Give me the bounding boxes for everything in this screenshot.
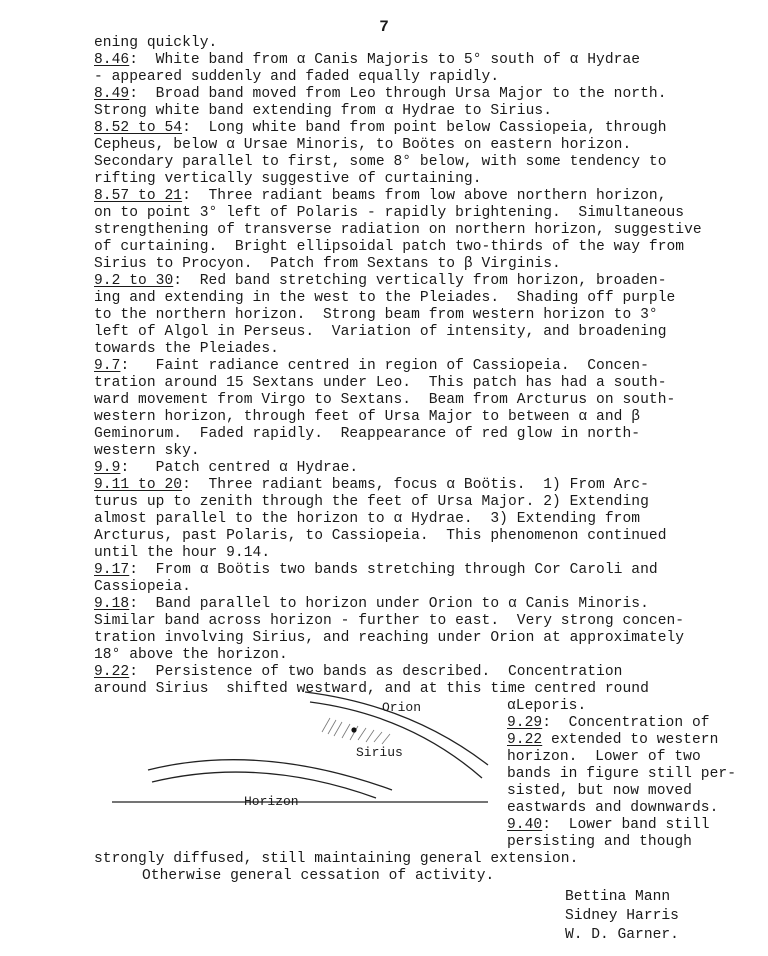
line-text: : Persistence of two bands as described.… xyxy=(129,664,622,680)
line-text: ward movement from Virgo to Sextans. Bea… xyxy=(94,392,675,408)
text-line: 8.46: White band from α Canis Majoris to… xyxy=(94,52,640,69)
right-column-line: horizon. Lower of two xyxy=(507,749,701,766)
line-text: tration around 15 Sextans under Leo. Thi… xyxy=(94,375,667,391)
line-text: αLeporis. xyxy=(507,698,586,714)
timestamp: 9.18 xyxy=(94,596,129,612)
line-text: Geminorum. Faded rapidly. Reappearance o… xyxy=(94,426,640,442)
text-line: western horizon, through feet of Ursa Ma… xyxy=(94,409,640,426)
text-line: Cassiopeia. xyxy=(94,579,191,596)
line-text: eastwards and downwards. xyxy=(507,800,718,816)
text-line: Arcturus, past Polaris, to Cassiopeia. T… xyxy=(94,528,667,545)
timestamp: 9.2 to 30 xyxy=(94,273,173,289)
line-text: turus up to zenith through the feet of U… xyxy=(94,494,649,510)
line-text: : Concentration of xyxy=(542,715,709,731)
text-line: strengthening of transverse radiation on… xyxy=(94,222,702,239)
line-text: : White band from α Canis Majoris to 5° … xyxy=(129,52,640,68)
text-line: Secondary parallel to first, some 8° bel… xyxy=(94,154,667,171)
timestamp: 8.49 xyxy=(94,86,129,102)
text-line: tration involving Sirius, and reaching u… xyxy=(94,630,684,647)
text-line: 9.18: Band parallel to horizon under Ori… xyxy=(94,596,649,613)
line-text: rifting vertically suggestive of curtain… xyxy=(94,171,482,187)
text-line: Sirius to Procyon. Patch from Sextans to… xyxy=(94,256,561,273)
line-text: Otherwise general cessation of activity. xyxy=(142,868,494,884)
orion-label: Orion xyxy=(382,700,421,715)
text-line: 8.49: Broad band moved from Leo through … xyxy=(94,86,667,103)
text-line: ward movement from Virgo to Sextans. Bea… xyxy=(94,392,675,409)
aurora-sketch-diagram: Orion Sirius Horizon xyxy=(110,690,500,815)
line-text: : Faint radiance centred in region of Ca… xyxy=(120,358,648,374)
timestamp: 8.57 to 21 xyxy=(94,188,182,204)
text-line: left of Algol in Perseus. Variation of i… xyxy=(94,324,667,341)
text-line: ing and extending in the west to the Ple… xyxy=(94,290,675,307)
line-text: strongly diffused, still maintaining gen… xyxy=(94,851,578,867)
right-column-line: sisted, but now moved xyxy=(507,783,692,800)
aurora-bands-sketch xyxy=(110,690,500,815)
timestamp: 9.17 xyxy=(94,562,129,578)
right-column-line: 9.29: Concentration of xyxy=(507,715,710,732)
line-text: Strong white band extending from α Hydra… xyxy=(94,103,552,119)
text-line: 18° above the horizon. xyxy=(94,647,288,664)
line-text: almost parallel to the horizon to α Hydr… xyxy=(94,511,640,527)
timestamp: 9.22 xyxy=(94,664,129,680)
text-line: Similar band across horizon - further to… xyxy=(94,613,684,630)
signature-3: W. D. Garner. xyxy=(565,926,679,945)
line-text: : From α Boötis two bands stretching thr… xyxy=(129,562,657,578)
right-column-line: αLeporis. xyxy=(507,698,586,715)
line-text: horizon. Lower of two xyxy=(507,749,701,765)
text-line: rifting vertically suggestive of curtain… xyxy=(94,171,482,188)
line-text: western horizon, through feet of Ursa Ma… xyxy=(94,409,640,425)
closing-line: strongly diffused, still maintaining gen… xyxy=(94,851,578,868)
line-text: : Three radiant beams, focus α Boötis. 1… xyxy=(182,477,649,493)
line-text: ing and extending in the west to the Ple… xyxy=(94,290,675,306)
text-line: 9.9: Patch centred α Hydrae. xyxy=(94,460,358,477)
text-line: 8.57 to 21: Three radiant beams from low… xyxy=(94,188,667,205)
timestamp: 8.52 to 54 xyxy=(94,120,182,136)
right-column-line: 9.40: Lower band still xyxy=(507,817,710,834)
text-line: 9.2 to 30: Red band stretching verticall… xyxy=(94,273,667,290)
line-text: Sirius to Procyon. Patch from Sextans to… xyxy=(94,256,561,272)
line-text: : Three radiant beams from low above nor… xyxy=(182,188,666,204)
text-line: 9.22: Persistence of two bands as descri… xyxy=(94,664,622,681)
line-text: extended to western xyxy=(542,732,718,748)
sirius-label: Sirius xyxy=(356,745,403,760)
timestamp: 9.29 xyxy=(507,715,542,731)
line-text: 18° above the horizon. xyxy=(94,647,288,663)
line-text: until the hour 9.14. xyxy=(94,545,270,561)
line-text: : Band parallel to horizon under Orion t… xyxy=(129,596,649,612)
text-line: western sky. xyxy=(94,443,200,460)
line-text: tration involving Sirius, and reaching u… xyxy=(94,630,684,646)
right-column-line: persisting and though xyxy=(507,834,692,851)
line-text: western sky. xyxy=(94,443,200,459)
text-line: of curtaining. Bright ellipsoidal patch … xyxy=(94,239,684,256)
line-text: : Broad band moved from Leo through Ursa… xyxy=(129,86,666,102)
right-column-line: eastwards and downwards. xyxy=(507,800,718,817)
text-line: Strong white band extending from α Hydra… xyxy=(94,103,552,120)
line-text: Similar band across horizon - further to… xyxy=(94,613,684,629)
signature-2: Sidney Harris xyxy=(565,907,679,926)
text-line: 9.17: From α Boötis two bands stretching… xyxy=(94,562,658,579)
line-text: : Red band stretching vertically from ho… xyxy=(173,273,666,289)
line-text: : Lower band still xyxy=(542,817,709,833)
line-text: : Long white band from point below Cassi… xyxy=(182,120,666,136)
text-line: 9.7: Faint radiance centred in region of… xyxy=(94,358,649,375)
timestamp: 9.11 to 20 xyxy=(94,477,182,493)
line-text: Secondary parallel to first, some 8° bel… xyxy=(94,154,667,170)
line-text: bands in figure still per- xyxy=(507,766,736,782)
text-line: turus up to zenith through the feet of U… xyxy=(94,494,649,511)
right-column-line: bands in figure still per- xyxy=(507,766,736,783)
timestamp: 9.40 xyxy=(507,817,542,833)
text-line: 9.11 to 20: Three radiant beams, focus α… xyxy=(94,477,649,494)
line-text: strengthening of transverse radiation on… xyxy=(94,222,702,238)
signature-1: Bettina Mann xyxy=(565,888,670,907)
line-text: left of Algol in Perseus. Variation of i… xyxy=(94,324,667,340)
text-line: on to point 3° left of Polaris - rapidly… xyxy=(94,205,684,222)
text-line: ening quickly. xyxy=(94,35,217,52)
horizon-label: Horizon xyxy=(244,794,299,809)
line-text: ening quickly. xyxy=(94,35,217,51)
timestamp: 9.22 xyxy=(507,732,542,748)
text-line: Cepheus, below α Ursae Minoris, to Boöte… xyxy=(94,137,631,154)
closing-line: Otherwise general cessation of activity. xyxy=(142,868,494,885)
text-line: - appeared suddenly and faded equally ra… xyxy=(94,69,499,86)
timestamp: 8.46 xyxy=(94,52,129,68)
line-text: of curtaining. Bright ellipsoidal patch … xyxy=(94,239,684,255)
text-line: almost parallel to the horizon to α Hydr… xyxy=(94,511,640,528)
text-line: towards the Pleiades. xyxy=(94,341,279,358)
text-line: 8.52 to 54: Long white band from point b… xyxy=(94,120,667,137)
line-text: persisting and though xyxy=(507,834,692,850)
line-text: : Patch centred α Hydrae. xyxy=(120,460,358,476)
text-line: tration around 15 Sextans under Leo. Thi… xyxy=(94,375,667,392)
timestamp: 9.9 xyxy=(94,460,120,476)
text-line: Geminorum. Faded rapidly. Reappearance o… xyxy=(94,426,640,443)
page-number: 7 xyxy=(0,18,768,36)
line-text: Arcturus, past Polaris, to Cassiopeia. T… xyxy=(94,528,667,544)
line-text: sisted, but now moved xyxy=(507,783,692,799)
line-text: - appeared suddenly and faded equally ra… xyxy=(94,69,499,85)
line-text: on to point 3° left of Polaris - rapidly… xyxy=(94,205,684,221)
right-column-line: 9.22 extended to western xyxy=(507,732,718,749)
line-text: Cepheus, below α Ursae Minoris, to Boöte… xyxy=(94,137,631,153)
line-text: towards the Pleiades. xyxy=(94,341,279,357)
line-text: Cassiopeia. xyxy=(94,579,191,595)
line-text: to the northern horizon. Strong beam fro… xyxy=(94,307,658,323)
text-line: until the hour 9.14. xyxy=(94,545,270,562)
text-line: to the northern horizon. Strong beam fro… xyxy=(94,307,658,324)
timestamp: 9.7 xyxy=(94,358,120,374)
